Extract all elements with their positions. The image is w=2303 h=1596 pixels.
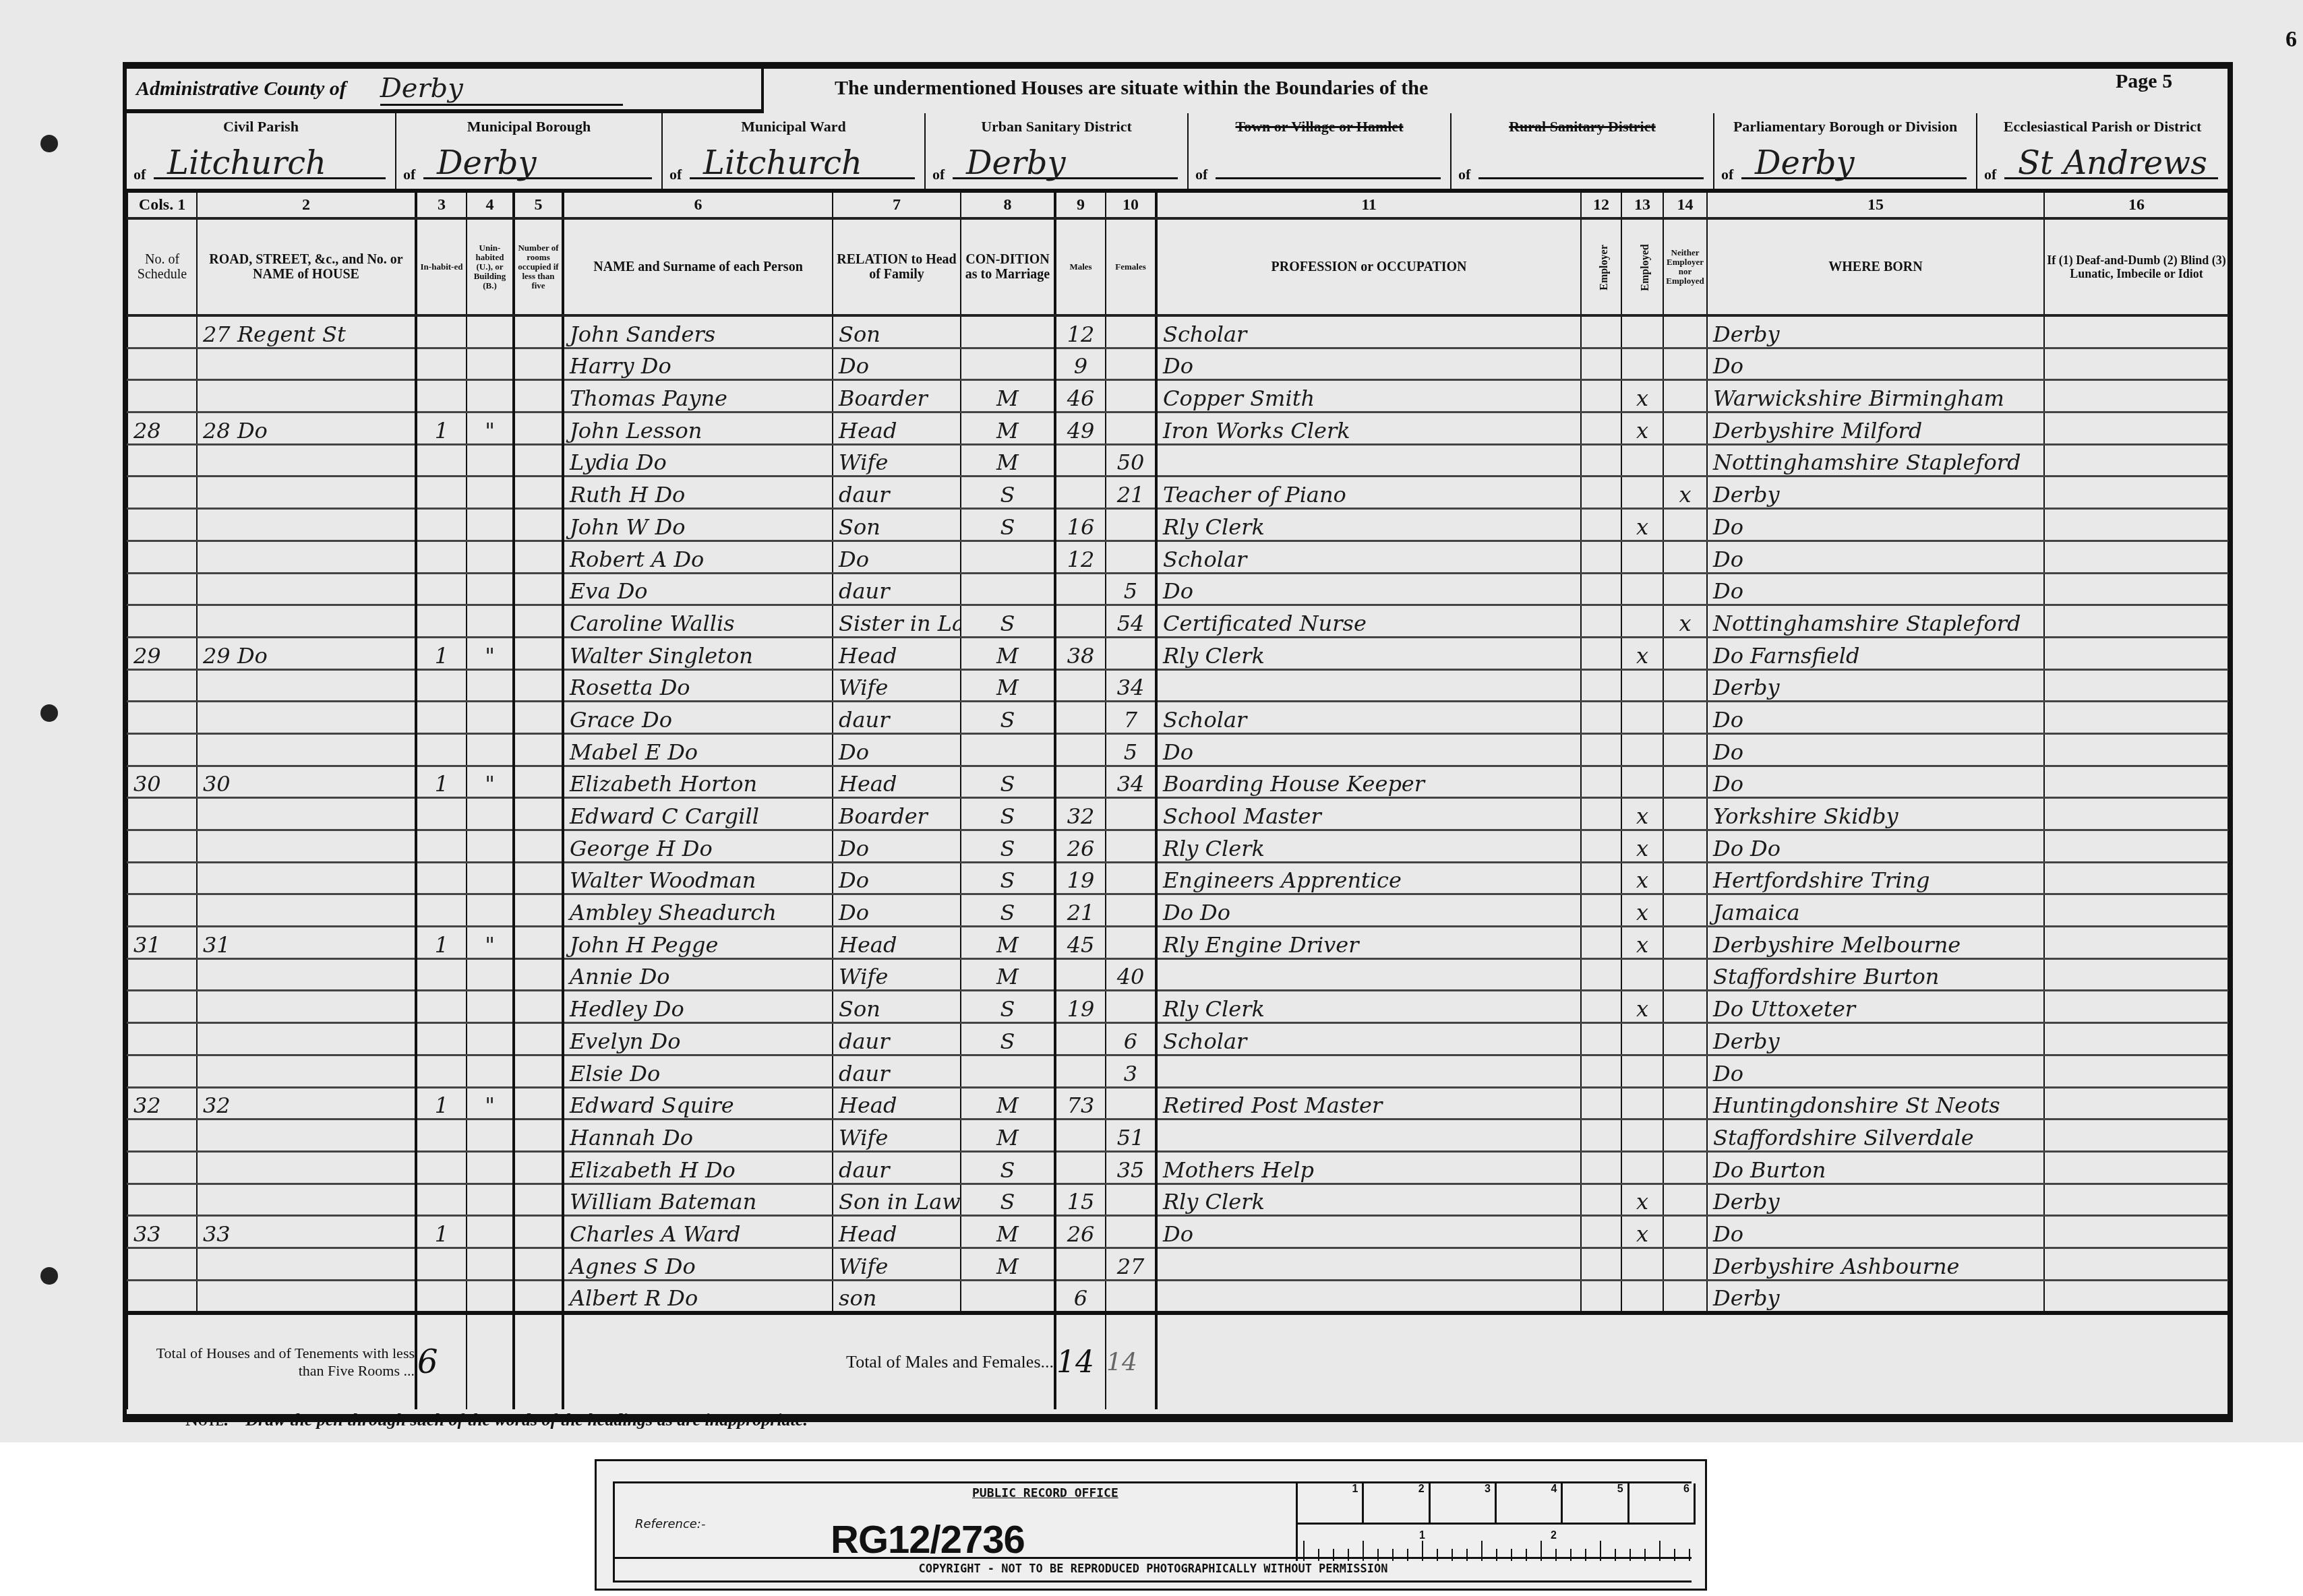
houses-uninhabited [467,605,514,638]
age-female [1106,894,1156,927]
employed-mark [1621,1055,1663,1087]
rooms-count [514,605,563,638]
age-male: 49 [1055,412,1106,445]
where-born: Do Farnsfield [1707,637,2044,669]
where-born: Derbyshire Ashbourne [1707,1248,2044,1280]
employer-mark [1581,991,1621,1023]
road-address [197,573,416,605]
schedule-number [127,444,197,477]
employer-mark [1581,669,1621,702]
table-row: Hedley DoSonS19Rly ClerkxDo Uttoxeter [127,991,2228,1023]
rooms-count [514,348,563,380]
schedule-number [127,830,197,863]
employer-mark [1581,1216,1621,1248]
houses-uninhabited [467,315,514,348]
rooms-count [514,1151,563,1184]
age-female: 5 [1106,733,1156,766]
age-female [1106,541,1156,573]
employer-mark [1581,509,1621,541]
employer-mark [1581,766,1621,798]
houses-inhabited [416,315,467,348]
neither-mark [1663,380,1707,412]
road-address [197,605,416,638]
schedule-number [127,1023,197,1055]
road-address [197,958,416,991]
employed-mark [1621,1151,1663,1184]
houses-inhabited: 1 [416,637,467,669]
empty-cell [514,1313,563,1409]
district-town-village: Town or Village or Hamlet of [1189,113,1452,189]
relation: Son [833,509,961,541]
rooms-count [514,830,563,863]
infirmity [2044,541,2228,573]
houses-inhabited: 1 [416,1087,467,1119]
employed-mark: x [1621,637,1663,669]
table-row: Mabel E DoDo5DoDo [127,733,2228,766]
column-heading-row: No. of Schedule ROAD, STREET, &c., and N… [127,218,2228,315]
houses-uninhabited [467,1216,514,1248]
schedule-number [127,702,197,734]
schedule-number [127,1055,197,1087]
houses-total-value: 6 [416,1313,467,1409]
condition: S [961,1151,1055,1184]
schedule-number: 29 [127,637,197,669]
ruler-mark: 6 [1629,1483,1696,1523]
relation: daur [833,1151,961,1184]
infirmity [2044,1151,2228,1184]
infirmity [2044,927,2228,959]
employer-mark [1581,412,1621,445]
district-label: Municipal Ward [663,119,924,135]
employed-mark [1621,958,1663,991]
houses-inhabited [416,862,467,894]
of-label: of [1458,166,1470,183]
road-address [197,1119,416,1152]
occupation: Rly Clerk [1156,637,1581,669]
occupation: Do [1156,1216,1581,1248]
road-address [197,1023,416,1055]
age-female [1106,380,1156,412]
table-row: Elsie Dodaur3Do [127,1055,2228,1087]
ruler-mark: 2 [1364,1483,1430,1523]
employer-mark [1581,1087,1621,1119]
age-male: 15 [1055,1184,1106,1216]
infirmity [2044,1023,2228,1055]
houses-uninhabited: " [467,927,514,959]
schedule-number [127,573,197,605]
age-male: 6 [1055,1280,1106,1313]
col-num: 9 [1055,193,1106,218]
relation: Head [833,1216,961,1248]
relation: daur [833,1023,961,1055]
condition: M [961,1119,1055,1152]
col-num: 10 [1106,193,1156,218]
houses-inhabited [416,830,467,863]
occupation: Scholar [1156,315,1581,348]
houses-inhabited [416,1119,467,1152]
neither-mark [1663,1055,1707,1087]
employer-mark [1581,1119,1621,1152]
head-condition: CON-DITION as to Marriage [961,218,1055,315]
road-address [197,1184,416,1216]
road-address: 32 [197,1087,416,1119]
age-male [1055,605,1106,638]
infirmity [2044,412,2228,445]
houses-uninhabited [467,798,514,830]
infirmity [2044,1055,2228,1087]
relation: Do [833,894,961,927]
age-male: 9 [1055,348,1106,380]
age-female [1106,348,1156,380]
table-row: Albert R Doson6Derby [127,1280,2228,1313]
rooms-count [514,1280,563,1313]
females-total: 14 [1106,1313,1156,1409]
infirmity [2044,1216,2228,1248]
schedule-number [127,1119,197,1152]
rooms-count [514,1087,563,1119]
condition [961,1280,1055,1313]
employed-mark [1621,444,1663,477]
occupation [1156,1248,1581,1280]
relation: Do [833,541,961,573]
condition: M [961,444,1055,477]
table-row: 31311"John H PeggeHeadM45Rly Engine Driv… [127,927,2228,959]
age-female [1106,830,1156,863]
neither-mark [1663,573,1707,605]
rooms-count [514,1184,563,1216]
person-name: Elizabeth Horton [563,766,833,798]
col-num: 12 [1581,193,1621,218]
col-num: 16 [2044,193,2228,218]
where-born: Hertfordshire Tring [1707,862,2044,894]
condition: M [961,958,1055,991]
houses-uninhabited: " [467,637,514,669]
where-born: Do Uttoxeter [1707,991,2044,1023]
rooms-count [514,573,563,605]
ruler-mark: 1 [1298,1483,1364,1523]
table-row: 27 Regent StJohn SandersSon12ScholarDerb… [127,315,2228,348]
occupation: Scholar [1156,702,1581,734]
houses-inhabited [416,444,467,477]
schedule-number: 32 [127,1087,197,1119]
head-rooms: Number of rooms occupied if less than fi… [514,218,563,315]
infirmity [2044,702,2228,734]
punch-hole [40,1267,58,1285]
infirmity [2044,348,2228,380]
person-name: William Bateman [563,1184,833,1216]
relation: Do [833,348,961,380]
neither-mark [1663,348,1707,380]
person-name: Harry Do [563,348,833,380]
col-num: 11 [1156,193,1581,218]
rooms-count [514,315,563,348]
age-male [1055,702,1106,734]
person-name: Charles A Ward [563,1216,833,1248]
admin-county-box: Administrative County of Derby [127,69,764,113]
col-num: 2 [197,193,416,218]
age-male: 16 [1055,509,1106,541]
road-address [197,669,416,702]
age-female: 50 [1106,444,1156,477]
punch-hole [40,704,58,722]
table-row: Rosetta DoWifeM34Derby [127,669,2228,702]
of-label: of [1195,166,1207,183]
table-row: Caroline WallisSister in LawS54Certifica… [127,605,2228,638]
condition: S [961,830,1055,863]
age-male [1055,1055,1106,1087]
houses-uninhabited [467,1119,514,1152]
age-male: 46 [1055,380,1106,412]
neither-mark [1663,444,1707,477]
employer-mark [1581,958,1621,991]
relation: Head [833,927,961,959]
relation: Boarder [833,380,961,412]
houses-inhabited [416,573,467,605]
district-label: Town or Village or Hamlet [1189,119,1450,135]
rooms-count [514,798,563,830]
col-num: 15 [1707,193,2044,218]
age-male [1055,1151,1106,1184]
table-row: Ruth H DodaurS21Teacher of PianoxDerby [127,477,2228,509]
houses-uninhabited [467,1023,514,1055]
road-address: 33 [197,1216,416,1248]
houses-inhabited [416,348,467,380]
relation: Head [833,637,961,669]
occupation: Boarding House Keeper [1156,766,1581,798]
condition: M [961,1216,1055,1248]
condition [961,541,1055,573]
employer-mark [1581,733,1621,766]
schedule-number [127,1151,197,1184]
col-num: 6 [563,193,833,218]
table-row: Grace DodaurS7ScholarDo [127,702,2228,734]
males-total: 14 [1055,1313,1106,1409]
table-row: Annie DoWifeM40Staffordshire Burton [127,958,2228,991]
houses-inhabited [416,991,467,1023]
age-female [1106,991,1156,1023]
road-address [197,1151,416,1184]
neither-mark [1663,509,1707,541]
head-age-females: Females [1106,218,1156,315]
person-name: Ruth H Do [563,477,833,509]
employed-mark: x [1621,862,1663,894]
ruler-mark: 2 [1551,1530,1557,1542]
road-address [197,541,416,573]
person-name: Rosetta Do [563,669,833,702]
age-female: 35 [1106,1151,1156,1184]
road-address [197,509,416,541]
where-born: Do [1707,702,2044,734]
houses-uninhabited [467,862,514,894]
age-male: 12 [1055,541,1106,573]
age-female: 7 [1106,702,1156,734]
person-name: Grace Do [563,702,833,734]
houses-inhabited [416,894,467,927]
houses-inhabited [416,669,467,702]
houses-uninhabited [467,991,514,1023]
district-municipal-ward: Municipal Ward of Litchurch [663,113,926,189]
boundaries-title: The undermentioned Houses are situate wi… [835,77,1428,100]
rooms-count [514,477,563,509]
age-male: 26 [1055,1216,1106,1248]
road-address [197,1280,416,1313]
person-name: Eva Do [563,573,833,605]
condition [961,733,1055,766]
condition: S [961,605,1055,638]
rooms-count [514,958,563,991]
district-label: Civil Parish [127,119,395,135]
rooms-count [514,412,563,445]
employed-mark [1621,1023,1663,1055]
where-born: Yorkshire Skidby [1707,798,2044,830]
condition: M [961,927,1055,959]
col-num: 3 [416,193,467,218]
rooms-count [514,894,563,927]
head-relation: RELATION to Head of Family [833,218,961,315]
where-born: Derby [1707,669,2044,702]
col-num: 14 [1663,193,1707,218]
of-label: of [1984,166,1996,183]
infirmity [2044,573,2228,605]
infirmity [2044,958,2228,991]
rooms-count [514,1023,563,1055]
age-female [1106,1280,1156,1313]
houses-inhabited [416,1023,467,1055]
age-male: 26 [1055,830,1106,863]
where-born: Staffordshire Burton [1707,958,2044,991]
relation: Wife [833,958,961,991]
houses-uninhabited [467,348,514,380]
ruler-mark: 4 [1497,1483,1563,1523]
infirmity [2044,1248,2228,1280]
where-born: Derbyshire Melbourne [1707,927,2044,959]
employer-mark [1581,477,1621,509]
rooms-count [514,637,563,669]
occupation: Do [1156,573,1581,605]
where-born: Derbyshire Milford [1707,412,2044,445]
head-uninhabited: Unin-habited (U.), or Building (B.) [467,218,514,315]
infirmity [2044,444,2228,477]
occupation: Do [1156,733,1581,766]
neither-mark [1663,315,1707,348]
rooms-count [514,733,563,766]
employed-mark [1621,1087,1663,1119]
occupation: Scholar [1156,541,1581,573]
employed-mark [1621,1280,1663,1313]
of-label: of [403,166,415,183]
occupation: Certificated Nurse [1156,605,1581,638]
infirmity [2044,830,2228,863]
age-female: 54 [1106,605,1156,638]
district-parliamentary: Parliamentary Borough or Division of Der… [1714,113,1977,189]
table-row: 2828 Do1"John LessonHeadM49Iron Works Cl… [127,412,2228,445]
head-occupation: PROFESSION or OCCUPATION [1156,218,1581,315]
neither-mark [1663,830,1707,863]
relation: daur [833,477,961,509]
road-address [197,862,416,894]
rooms-count [514,444,563,477]
neither-mark [1663,958,1707,991]
table-row: 33331Charles A WardHeadM26DoxDo [127,1216,2228,1248]
infirmity [2044,862,2228,894]
condition: S [961,1184,1055,1216]
occupation: Engineers Apprentice [1156,862,1581,894]
where-born: Do [1707,1216,2044,1248]
relation: Boarder [833,798,961,830]
schedule-number [127,958,197,991]
reference-label: Reference:- [635,1517,705,1531]
road-address [197,348,416,380]
age-female: 34 [1106,669,1156,702]
age-male [1055,669,1106,702]
table-row: 30301"Elizabeth HortonHeadS34Boarding Ho… [127,766,2228,798]
employed-mark [1621,1248,1663,1280]
rooms-count [514,991,563,1023]
infirmity [2044,733,2228,766]
where-born: Do [1707,573,2044,605]
houses-inhabited [416,1248,467,1280]
col-num: 13 [1621,193,1663,218]
age-female [1106,798,1156,830]
employer-mark [1581,637,1621,669]
head-neither: Neither Employer nor Employed [1663,218,1707,315]
ruler-mark: 3 [1431,1483,1497,1523]
age-female: 51 [1106,1119,1156,1152]
occupation: Do [1156,348,1581,380]
houses-inhabited: 1 [416,1216,467,1248]
relation: Do [833,862,961,894]
age-male [1055,1248,1106,1280]
admin-county-label: Administrative County of [136,78,347,100]
col-num: Cols. 1 [127,193,197,218]
houses-inhabited [416,958,467,991]
relation: Sister in Law [833,605,961,638]
employed-mark: x [1621,1184,1663,1216]
infirmity [2044,1280,2228,1313]
employer-mark [1581,1151,1621,1184]
houses-inhabited [416,509,467,541]
person-name: Walter Woodman [563,862,833,894]
note-text: —Draw the pen through such of the words … [228,1410,808,1430]
head-where-born: WHERE BORN [1707,218,2044,315]
age-male: 38 [1055,637,1106,669]
head-employed: Employed [1621,218,1663,315]
employed-mark: x [1621,830,1663,863]
employer-mark [1581,541,1621,573]
houses-inhabited [416,1280,467,1313]
schedule-number [127,991,197,1023]
public-record-office-slip: PUBLIC RECORD OFFICE Reference:- RG12/27… [595,1459,1707,1591]
relation: daur [833,573,961,605]
condition: S [961,702,1055,734]
employed-mark: x [1621,380,1663,412]
condition: S [961,766,1055,798]
age-female [1106,1087,1156,1119]
column-number-row: Cols. 1 2 3 4 5 6 7 8 9 10 11 12 13 14 1… [127,193,2228,218]
col-num: 8 [961,193,1055,218]
col-num: 5 [514,193,563,218]
age-female: 34 [1106,766,1156,798]
condition: M [961,637,1055,669]
rooms-count [514,702,563,734]
where-born: Derby [1707,1023,2044,1055]
person-name: Lydia Do [563,444,833,477]
age-female [1106,315,1156,348]
col-num: 4 [467,193,514,218]
employed-mark [1621,733,1663,766]
houses-inhabited: 1 [416,927,467,959]
schedule-number [127,1248,197,1280]
